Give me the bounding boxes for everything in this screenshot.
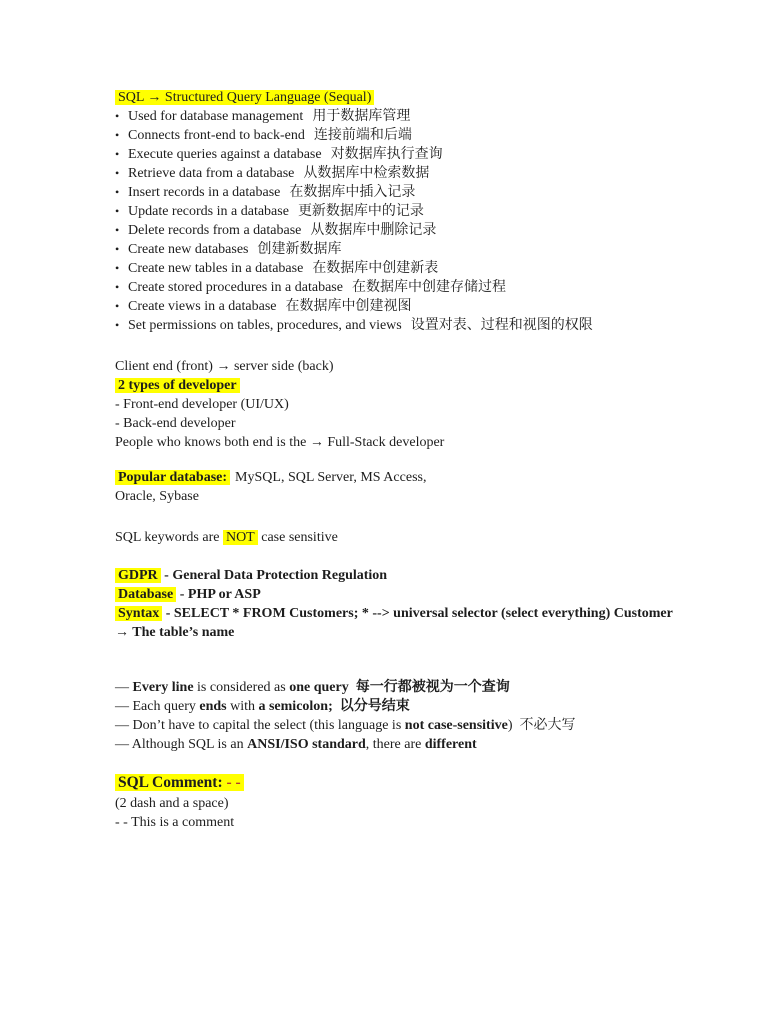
definitions-wrap-line: → The table’s name xyxy=(115,623,725,642)
comment-dashes: - - xyxy=(223,774,241,791)
bullet-icon: • xyxy=(115,278,128,297)
capability-text-zh: 更新数据库中的记录 xyxy=(298,204,424,219)
capability-text-zh: 在数据库中创建存储过程 xyxy=(352,280,506,295)
definition-term: Syntax xyxy=(115,606,162,621)
popular-databases-values: MySQL, SQL Server, MS Access, xyxy=(235,470,426,485)
document-page: SQL → Structured Query Language (Sequal)… xyxy=(0,0,768,1024)
capability-text-zh: 从数据库中检索数据 xyxy=(303,166,429,181)
note-segment: 每一行都被视为一个查询 xyxy=(349,680,510,695)
popular-databases-line2: Oracle, Sybase xyxy=(115,487,725,506)
developer-types-list: - Front-end developer (UI/UX)- Back-end … xyxy=(115,395,725,433)
definition-line: Database - PHP or ASP xyxy=(115,585,725,604)
bullet-icon: • xyxy=(115,202,128,221)
capability-text-en: Create new tables in a database xyxy=(128,261,303,276)
not-highlight: NOT xyxy=(223,530,258,545)
sql-capability-item: •Update records in a database更新数据库中的记录 xyxy=(115,202,725,221)
capability-text-zh: 从数据库中删除记录 xyxy=(310,223,436,238)
bullet-icon: • xyxy=(115,240,128,259)
dash-note-line: — Although SQL is an ANSI/ISO standard, … xyxy=(115,735,725,754)
capability-text-zh: 在数据库中创建新表 xyxy=(312,261,438,276)
capability-text-en: Create new databases xyxy=(128,242,249,257)
case-sensitivity-pre: SQL keywords are xyxy=(115,530,223,545)
definition-line: GDPR - General Data Protection Regulatio… xyxy=(115,566,725,585)
note-segment: a semicolon; 以分号结束 xyxy=(258,699,409,714)
capability-text-en: Execute queries against a database xyxy=(128,147,322,162)
note-segment: — Each query xyxy=(115,699,199,714)
sql-capability-item: •Set permissions on tables, procedures, … xyxy=(115,316,725,335)
capability-text-zh: 创建新数据库 xyxy=(258,242,342,257)
capability-text-en: Connects front-end to back-end xyxy=(128,128,305,143)
note-segment: — xyxy=(115,680,133,695)
capability-text-zh: 设置对表、过程和视图的权限 xyxy=(411,318,593,333)
bullet-icon: • xyxy=(115,145,128,164)
note-segment: ANSI/ISO standard xyxy=(247,737,366,752)
popular-databases-label: Popular database: xyxy=(115,470,230,485)
definition-line: Syntax - SELECT * FROM Customers; * --> … xyxy=(115,604,725,623)
bullet-icon: • xyxy=(115,221,128,240)
dash-note-line: — Don’t have to capital the select (this… xyxy=(115,716,725,735)
capability-text-en: Delete records from a database xyxy=(128,223,301,238)
definition-text: - General Data Protection Regulation xyxy=(161,568,387,583)
definition-text: - SELECT * FROM Customers; * --> univers… xyxy=(162,606,673,621)
developer-type-line: - Front-end developer (UI/UX) xyxy=(115,395,725,414)
bullet-icon: • xyxy=(115,126,128,145)
bullet-icon: • xyxy=(115,164,128,183)
note-segment: — Although SQL is an xyxy=(115,737,247,752)
doc-title: SQL → Structured Query Language (Sequal) xyxy=(115,90,374,105)
sql-capability-item: •Execute queries against a database对数据库执… xyxy=(115,145,725,164)
capability-text-en: Insert records in a database xyxy=(128,185,280,200)
fullstack-line: People who knows both end is the → Full-… xyxy=(115,433,725,452)
note-segment: ) 不必大写 xyxy=(508,718,576,733)
note-segment: ends xyxy=(199,699,226,714)
note-segment: is considered as xyxy=(194,680,290,695)
bullet-icon: • xyxy=(115,316,128,335)
note-segment: , there are xyxy=(366,737,425,752)
capability-text-en: Update records in a database xyxy=(128,204,289,219)
sql-capability-item: •Used for database management用于数据库管理 xyxy=(115,107,725,126)
bullet-icon: • xyxy=(115,107,128,126)
sql-capabilities-list: •Used for database management用于数据库管理•Con… xyxy=(115,107,725,335)
dash-note-line: — Every line is considered as one query … xyxy=(115,678,725,697)
developers-heading-line: 2 types of developer xyxy=(115,376,725,395)
sql-comment-highlight: SQL Comment: - - xyxy=(115,774,244,791)
case-sensitivity-post: case sensitive xyxy=(258,530,338,545)
note-segment: not case-sensitive xyxy=(405,718,508,733)
sql-comment-heading-line: SQL Comment: - - xyxy=(115,771,725,794)
popular-databases-line: Popular database:MySQL, SQL Server, MS A… xyxy=(115,468,725,487)
comment-explainer-line: (2 dash and a space) xyxy=(115,794,725,813)
capability-text-zh: 用于数据库管理 xyxy=(312,109,410,124)
sql-notes-document: SQL → Structured Query Language (Sequal)… xyxy=(115,88,725,832)
doc-title-line: SQL → Structured Query Language (Sequal) xyxy=(115,88,725,107)
sql-capability-item: •Delete records from a database从数据库中删除记录 xyxy=(115,221,725,240)
sql-capability-item: •Create stored procedures in a database在… xyxy=(115,278,725,297)
capability-text-en: Set permissions on tables, procedures, a… xyxy=(128,318,402,333)
sql-capability-item: •Create new databases创建新数据库 xyxy=(115,240,725,259)
sql-capability-item: •Connects front-end to back-end连接前端和后端 xyxy=(115,126,725,145)
sql-capability-item: •Create views in a database在数据库中创建视图 xyxy=(115,297,725,316)
capability-text-zh: 在数据库中创建视图 xyxy=(286,299,412,314)
bullet-icon: • xyxy=(115,183,128,202)
note-segment: one query xyxy=(289,680,349,695)
note-segment: — Don’t have to capital the select (this… xyxy=(115,718,405,733)
sql-capability-item: •Create new tables in a database在数据库中创建新… xyxy=(115,259,725,278)
sql-capability-item: •Insert records in a database在数据库中插入记录 xyxy=(115,183,725,202)
capability-text-zh: 连接前端和后端 xyxy=(314,128,412,143)
sql-capability-item: •Retrieve data from a database从数据库中检索数据 xyxy=(115,164,725,183)
note-segment: different xyxy=(425,737,477,752)
capability-text-zh: 在数据库中插入记录 xyxy=(289,185,415,200)
comment-example-line: - - This is a comment xyxy=(115,813,725,832)
definition-text: - PHP or ASP xyxy=(176,587,261,602)
capability-text-en: Create stored procedures in a database xyxy=(128,280,343,295)
capability-text-en: Create views in a database xyxy=(128,299,277,314)
note-segment: Every line xyxy=(133,680,194,695)
definition-term: Database xyxy=(115,587,176,602)
dash-notes-list: — Every line is considered as one query … xyxy=(115,678,725,754)
sql-comment-heading: SQL Comment: xyxy=(118,774,223,791)
bullet-icon: • xyxy=(115,297,128,316)
definitions-list: GDPR - General Data Protection Regulatio… xyxy=(115,566,725,623)
capability-text-en: Retrieve data from a database xyxy=(128,166,294,181)
bullet-icon: • xyxy=(115,259,128,278)
capability-text-zh: 对数据库执行查询 xyxy=(331,147,443,162)
capability-text-en: Used for database management xyxy=(128,109,303,124)
note-segment: with xyxy=(227,699,259,714)
developers-heading: 2 types of developer xyxy=(115,378,240,393)
dash-note-line: — Each query ends with a semicolon; 以分号结… xyxy=(115,697,725,716)
developer-type-line: - Back-end developer xyxy=(115,414,725,433)
client-server-line: Client end (front) → server side (back) xyxy=(115,357,725,376)
definition-term: GDPR xyxy=(115,568,161,583)
case-sensitivity-line: SQL keywords are NOT case sensitive xyxy=(115,528,725,547)
